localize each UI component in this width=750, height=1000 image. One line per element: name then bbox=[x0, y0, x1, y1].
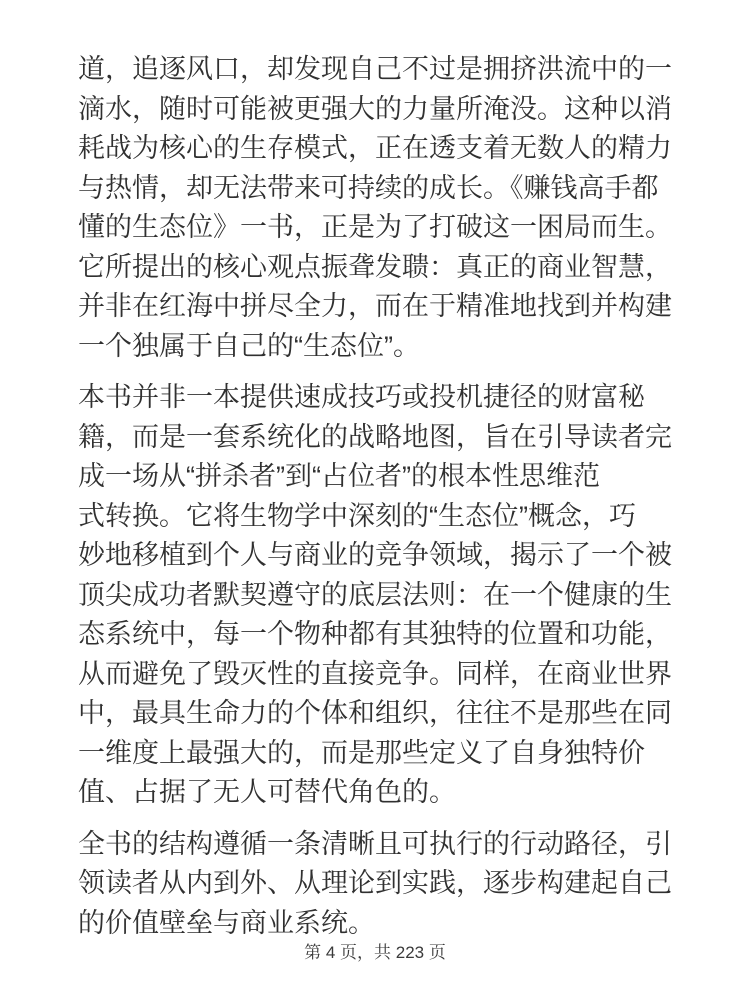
text-line: 式转换。它将生物学中深刻的“生态位”概念，巧 bbox=[78, 497, 678, 537]
text-line: 一维度上最强大的，而是那些定义了自身独特价 bbox=[78, 734, 678, 774]
text-line: 滴水，随时可能被更强大的力量所淹没。这种以消 bbox=[78, 90, 678, 130]
text-line: 从而避免了毁灭性的直接竞争。同样，在商业世界 bbox=[78, 655, 678, 695]
text-line: 值、占据了无人可替代角色的。 bbox=[78, 773, 678, 813]
page-text-block: 道，追逐风口，却发现自己不过是拥挤洪流中的一滴水，随时可能被更强大的力量所淹没。… bbox=[78, 50, 678, 955]
text-line: 全书的结构遵循一条清晰且可执行的行动路径，引 bbox=[78, 825, 678, 865]
text-line: 一个独属于自己的“生态位”。 bbox=[78, 327, 678, 367]
text-line: 与热情，却无法带来可持续的成长。《赚钱高手都 bbox=[78, 169, 678, 209]
text-line: 领读者从内到外、从理论到实践，逐步构建起自己 bbox=[78, 864, 678, 904]
text-line: 成一场从“拼杀者”到“占位者”的根本性思维范 bbox=[78, 457, 678, 497]
text-line: 道，追逐风口，却发现自己不过是拥挤洪流中的一 bbox=[78, 50, 678, 90]
paragraph: 全书的结构遵循一条清晰且可执行的行动路径，引领读者从内到外、从理论到实践，逐步构… bbox=[78, 825, 678, 944]
paragraph: 道，追逐风口，却发现自己不过是拥挤洪流中的一滴水，随时可能被更强大的力量所淹没。… bbox=[78, 50, 678, 366]
text-line: 它所提出的核心观点振聋发聩：真正的商业智慧， bbox=[78, 248, 678, 288]
text-line: 的价值壁垒与商业系统。 bbox=[78, 904, 678, 944]
text-line: 妙地移植到个人与商业的竞争领域，揭示了一个被 bbox=[78, 536, 678, 576]
text-line: 耗战为核心的生存模式，正在透支着无数人的精力 bbox=[78, 129, 678, 169]
text-line: 籍，而是一套系统化的战略地图，旨在引导读者完 bbox=[78, 418, 678, 458]
page-number-footer: 第 4 页，共 223 页 bbox=[0, 942, 750, 964]
text-line: 顶尖成功者默契遵守的底层法则：在一个健康的生 bbox=[78, 576, 678, 616]
text-line: 懂的生态位》一书，正是为了打破这一困局而生。 bbox=[78, 208, 678, 248]
document-page: 道，追逐风口，却发现自己不过是拥挤洪流中的一滴水，随时可能被更强大的力量所淹没。… bbox=[0, 0, 750, 1000]
text-line: 并非在红海中拼尽全力，而在于精准地找到并构建 bbox=[78, 287, 678, 327]
text-line: 态系统中，每一个物种都有其独特的位置和功能， bbox=[78, 615, 678, 655]
paragraph: 本书并非一本提供速成技巧或投机捷径的财富秘籍，而是一套系统化的战略地图，旨在引导… bbox=[78, 378, 678, 813]
text-line: 本书并非一本提供速成技巧或投机捷径的财富秘 bbox=[78, 378, 678, 418]
text-line: 中，最具生命力的个体和组织，往往不是那些在同 bbox=[78, 694, 678, 734]
